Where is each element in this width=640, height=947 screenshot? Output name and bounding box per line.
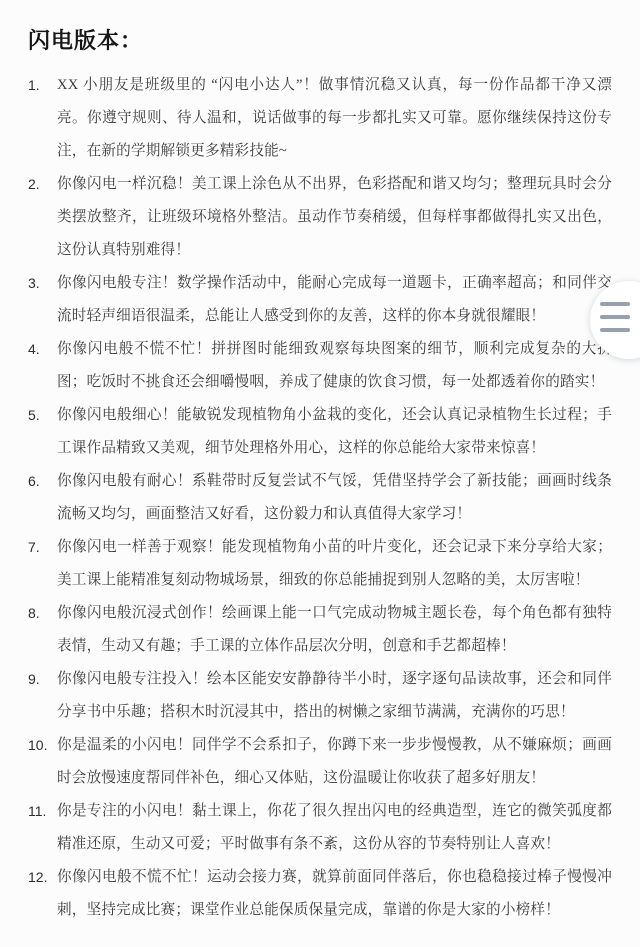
list-item: 3. 你像闪电般专注！数学操作活动中，能耐心完成每一道题卡，正确率超高；和同伴交… [28, 267, 612, 333]
list-item: 7. 你像闪电一样善于观察！能发现植物角小苗的叶片变化，还会记录下来分享给大家；… [28, 531, 612, 597]
item-number: 8. [28, 597, 57, 630]
item-number: 7. [28, 531, 57, 564]
item-number: 9. [28, 663, 57, 696]
hamburger-menu-icon [600, 302, 630, 332]
item-number: 4. [28, 333, 57, 366]
document-page: 闪电版本： 1. XX 小朋友是班级里的 “闪电小达人”！做事情沉稳又认真，每一… [0, 0, 640, 927]
item-number: 6. [28, 465, 57, 498]
list-item: 2. 你像闪电一样沉稳！美工课上涂色从不出界，色彩搭配和谐又均匀；整理玩具时会分… [28, 168, 612, 267]
item-text: 你像闪电般细心！能敏锐发现植物角小盆栽的变化，还会认真记录植物生长过程；手工课作… [57, 399, 612, 465]
item-number: 11. [28, 795, 57, 828]
item-text: 你像闪电般专注投入！绘本区能安安静静待半小时，逐字逐句品读故事，还会和同伴分享书… [57, 663, 612, 729]
item-text: 你是温柔的小闪电！同伴学不会系扣子，你蹲下来一步步慢慢教，从不嫌麻烦；画画时会放… [57, 729, 612, 795]
item-text: 你像闪电般专注！数学操作活动中，能耐心完成每一道题卡，正确率超高；和同伴交流时轻… [57, 267, 612, 333]
page-title: 闪电版本： [28, 26, 612, 56]
item-number: 1. [28, 69, 57, 102]
list-item: 1. XX 小朋友是班级里的 “闪电小达人”！做事情沉稳又认真，每一份作品都干净… [28, 69, 612, 168]
item-text: 你像闪电一样沉稳！美工课上涂色从不出界，色彩搭配和谐又均匀；整理玩具时会分类摆放… [57, 168, 612, 267]
list-item: 8. 你像闪电般沉浸式创作！绘画课上能一口气完成动物城主题长卷，每个角色都有独特… [28, 597, 612, 663]
list-item: 4. 你像闪电般不慌不忙！拼拼图时能细致观察每块图案的细节，顺利完成复杂的大拼图… [28, 333, 612, 399]
item-number: 10. [28, 729, 57, 762]
item-text: 你是专注的小闪电！黏土课上，你花了很久捏出闪电的经典造型，连它的微笑弧度都精准还… [57, 795, 612, 861]
list-item: 12. 你像闪电般不慌不忙！运动会接力赛，就算前面同伴落后，你也稳稳接过棒子慢慢… [28, 861, 612, 927]
item-text: XX 小朋友是班级里的 “闪电小达人”！做事情沉稳又认真，每一份作品都干净又漂亮… [57, 69, 612, 168]
item-number: 12. [28, 861, 57, 894]
item-text: 你像闪电一样善于观察！能发现植物角小苗的叶片变化，还会记录下来分享给大家；美工课… [57, 531, 612, 597]
list-item: 5. 你像闪电般细心！能敏锐发现植物角小盆栽的变化，还会认真记录植物生长过程；手… [28, 399, 612, 465]
item-text: 你像闪电般沉浸式创作！绘画课上能一口气完成动物城主题长卷，每个角色都有独特表情，… [57, 597, 612, 663]
item-text: 你像闪电般有耐心！系鞋带时反复尝试不气馁，凭借坚持学会了新技能；画画时线条流畅又… [57, 465, 612, 531]
item-number: 3. [28, 267, 57, 300]
list-item: 11. 你是专注的小闪电！黏土课上，你花了很久捏出闪电的经典造型，连它的微笑弧度… [28, 795, 612, 861]
list-item: 6. 你像闪电般有耐心！系鞋带时反复尝试不气馁，凭借坚持学会了新技能；画画时线条… [28, 465, 612, 531]
item-number: 5. [28, 399, 57, 432]
list-item: 10. 你是温柔的小闪电！同伴学不会系扣子，你蹲下来一步步慢慢教，从不嫌麻烦；画… [28, 729, 612, 795]
item-text: 你像闪电般不慌不忙！运动会接力赛，就算前面同伴落后，你也稳稳接过棒子慢慢冲刺，坚… [57, 861, 612, 927]
item-number: 2. [28, 168, 57, 201]
item-text: 你像闪电般不慌不忙！拼拼图时能细致观察每块图案的细节，顺利完成复杂的大拼图；吃饭… [57, 333, 612, 399]
list-item: 9. 你像闪电般专注投入！绘本区能安安静静待半小时，逐字逐句品读故事，还会和同伴… [28, 663, 612, 729]
numbered-list: 1. XX 小朋友是班级里的 “闪电小达人”！做事情沉稳又认真，每一份作品都干净… [28, 69, 612, 927]
